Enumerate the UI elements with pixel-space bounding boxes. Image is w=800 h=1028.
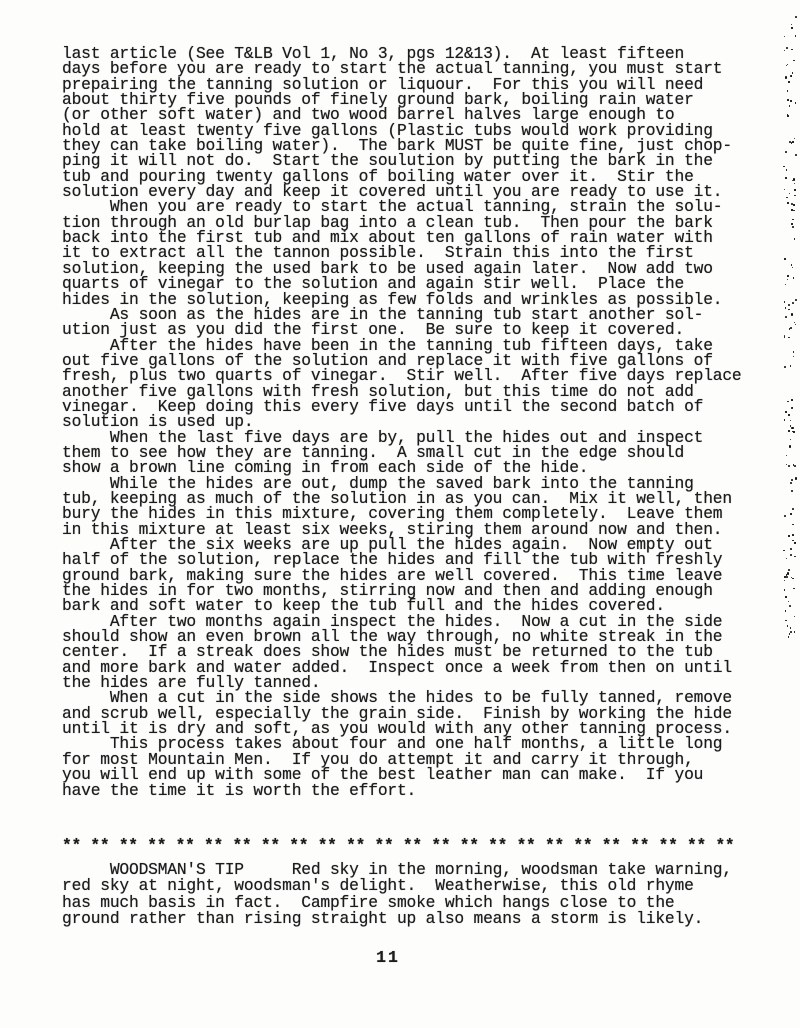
- noise-dot: [789, 141, 791, 143]
- noise-dot: [784, 515, 786, 517]
- noise-dot: [789, 105, 791, 107]
- noise-dot: [788, 465, 790, 467]
- noise-dot: [783, 166, 785, 168]
- noise-dot: [791, 223, 793, 225]
- noise-dot: [794, 138, 796, 140]
- noise-dot: [794, 322, 796, 324]
- noise-dot: [785, 411, 787, 413]
- noise-dot: [791, 27, 793, 29]
- noise-dot: [787, 279, 789, 281]
- scan-noise-right-edge: [783, 0, 799, 650]
- noise-dot: [788, 414, 790, 416]
- noise-dot: [789, 633, 791, 635]
- page-number: 11: [0, 948, 788, 967]
- noise-dot: [793, 356, 795, 358]
- noise-dot: [785, 610, 787, 612]
- noise-dot: [788, 535, 790, 537]
- scanned-document-page: last article (See T&LB Vol 1, No 3, pgs …: [0, 0, 800, 1028]
- noise-dot: [794, 631, 796, 633]
- noise-dot: [793, 588, 795, 590]
- noise-dot: [795, 16, 797, 18]
- noise-dot: [793, 210, 795, 212]
- noise-dot: [795, 154, 797, 156]
- noise-dot: [786, 197, 788, 199]
- noise-dot: [783, 550, 785, 552]
- noise-dot: [795, 324, 797, 326]
- noise-dot: [786, 558, 788, 560]
- noise-dot: [792, 534, 794, 536]
- noise-dot: [792, 72, 794, 74]
- noise-dot: [793, 431, 795, 433]
- noise-dot: [788, 81, 790, 83]
- noise-dot: [784, 301, 786, 303]
- noise-dot: [786, 47, 788, 49]
- noise-dot: [784, 336, 786, 338]
- noise-dot: [792, 141, 794, 143]
- noise-dot: [788, 309, 790, 311]
- noise-dot: [785, 151, 787, 153]
- noise-dot: [788, 569, 790, 571]
- noise-dot: [790, 100, 792, 102]
- noise-dot: [784, 419, 786, 421]
- noise-dot: [787, 625, 789, 627]
- noise-dot: [791, 264, 793, 266]
- noise-dot: [791, 399, 793, 401]
- noise-dot: [794, 183, 796, 185]
- noise-dot: [789, 445, 791, 447]
- noise-dot: [791, 313, 793, 315]
- noise-dot: [794, 238, 796, 240]
- noise-dot: [793, 204, 795, 206]
- noise-dot: [790, 554, 792, 556]
- noise-dot: [790, 627, 792, 629]
- noise-dot: [784, 366, 786, 368]
- noise-dot: [791, 49, 793, 51]
- noise-dot: [786, 464, 788, 466]
- noise-dot: [788, 430, 790, 432]
- noise-dot: [790, 365, 792, 367]
- noise-dot: [787, 275, 789, 277]
- noise-dot: [784, 576, 786, 578]
- noise-dot: [787, 401, 789, 403]
- noise-dot: [790, 482, 792, 484]
- woodsmans-tip-section: WOODSMAN'S TIP Red sky in the morning, w…: [62, 862, 762, 927]
- noise-dot: [793, 351, 795, 353]
- noise-dot: [790, 439, 792, 441]
- noise-dot: [793, 277, 795, 279]
- noise-dot: [784, 580, 786, 582]
- noise-dot: [790, 75, 792, 77]
- noise-dot: [785, 316, 787, 318]
- noise-dot: [791, 479, 793, 481]
- noise-dot: [788, 304, 790, 306]
- noise-dot: [790, 327, 792, 329]
- noise-dot: [792, 302, 794, 304]
- noise-dot: [791, 490, 793, 492]
- noise-dot: [795, 35, 797, 37]
- noise-dot: [793, 178, 795, 180]
- noise-dot: [790, 420, 792, 422]
- noise-dot: [791, 427, 793, 429]
- noise-dot: [792, 267, 794, 269]
- noise-dot: [785, 284, 787, 286]
- noise-dot: [792, 226, 794, 228]
- noise-dot: [791, 24, 793, 26]
- noise-dot: [785, 596, 787, 598]
- noise-dot: [795, 477, 797, 479]
- noise-dot: [792, 407, 794, 409]
- noise-dot: [787, 572, 789, 574]
- noise-dot: [794, 189, 796, 191]
- noise-dot: [792, 219, 794, 221]
- noise-dot: [794, 556, 796, 558]
- noise-dot: [792, 578, 794, 580]
- noise-dot: [784, 258, 786, 260]
- noise-dot: [787, 115, 789, 117]
- text-line: ground rather than rising straight up al…: [62, 911, 762, 927]
- noise-dot: [785, 76, 787, 78]
- noise-dot: [790, 425, 792, 427]
- noise-dot: [788, 601, 790, 603]
- noise-dot: [784, 36, 786, 38]
- noise-dot: [789, 605, 791, 607]
- noise-dot: [787, 90, 789, 92]
- noise-dot: [788, 636, 790, 638]
- text-line: have the time it is worth the effort.: [62, 783, 762, 798]
- noise-dot: [784, 50, 786, 52]
- noise-dot: [794, 465, 796, 467]
- noise-dot: [792, 540, 794, 542]
- noise-dot: [790, 513, 792, 515]
- noise-dot: [790, 631, 792, 633]
- noise-dot: [794, 542, 796, 544]
- noise-dot: [795, 299, 797, 301]
- noise-dot: [787, 99, 789, 101]
- noise-dot: [792, 524, 794, 526]
- noise-dot: [785, 620, 787, 622]
- noise-dot: [788, 337, 790, 339]
- noise-dot: [786, 169, 788, 171]
- noise-dot: [785, 307, 787, 309]
- noise-dot: [784, 189, 786, 191]
- noise-dot: [785, 177, 787, 179]
- noise-dot: [789, 193, 791, 195]
- article-body: last article (See T&LB Vol 1, No 3, pgs …: [62, 46, 762, 798]
- noise-dot: [794, 195, 796, 197]
- noise-dot: [793, 60, 795, 62]
- noise-dot: [794, 616, 796, 618]
- noise-dot: [786, 576, 788, 578]
- noise-dot: [792, 508, 794, 510]
- noise-dot: [787, 202, 789, 204]
- noise-dot: [784, 589, 786, 591]
- noise-dot: [790, 548, 792, 550]
- noise-dot: [787, 64, 789, 66]
- noise-dot: [795, 102, 797, 104]
- noise-dot: [786, 455, 788, 457]
- asterisk-separator: ** ** ** ** ** ** ** ** ** ** ** ** ** *…: [62, 836, 734, 855]
